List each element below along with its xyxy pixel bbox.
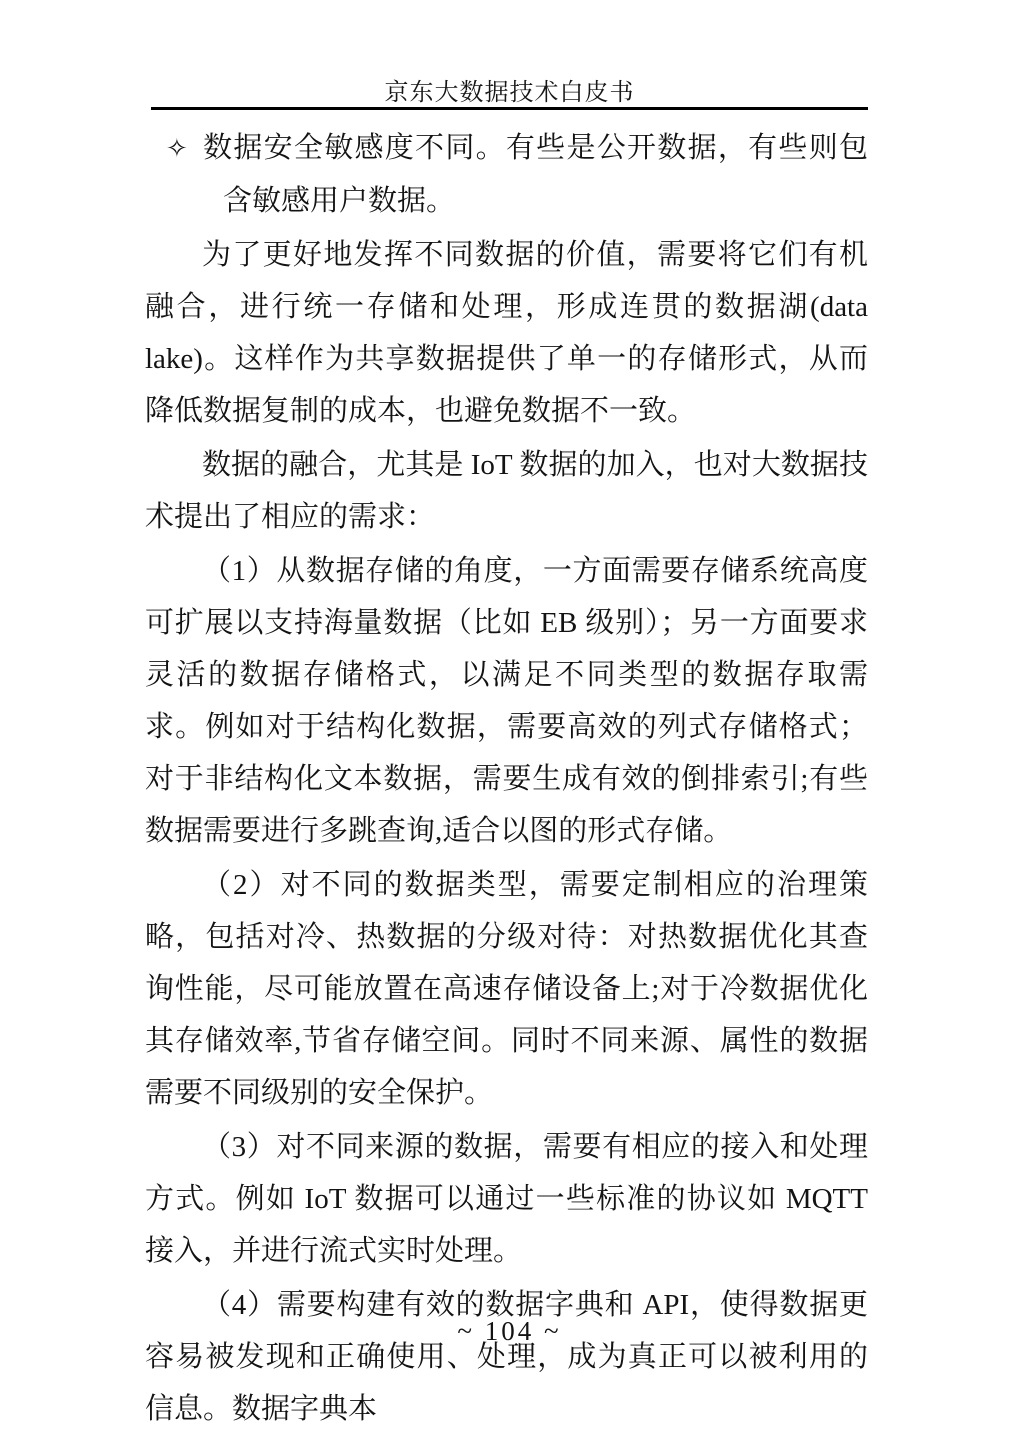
page-header: 京东大数据技术白皮书 <box>0 72 1019 107</box>
bullet-list-item: ✧数据安全敏感度不同。有些是公开数据，有些则包含敏感用户数据。 <box>145 122 868 227</box>
paragraph-data-lake: 为了更好地发挥不同数据的价值，需要将它们有机融合，进行统一存储和处理，形成连贯的… <box>145 229 868 437</box>
document-page: 京东大数据技术白皮书 ✧数据安全敏感度不同。有些是公开数据，有些则包含敏感用户数… <box>0 0 1019 1440</box>
page-footer: ~ 104 ~ <box>0 1316 1019 1347</box>
diamond-bullet-icon: ✧ <box>166 134 188 163</box>
numbered-item-2-governance: （2）对不同的数据类型，需要定制相应的治理策略，包括对冷、热数据的分级对待：对热… <box>145 859 868 1119</box>
paragraph-intro-requirements: 数据的融合，尤其是 IoT 数据的加入，也对大数据技术提出了相应的需求： <box>145 439 868 543</box>
page-number: ~ 104 ~ <box>457 1316 561 1346</box>
document-body: ✧数据安全敏感度不同。有些是公开数据，有些则包含敏感用户数据。 为了更好地发挥不… <box>145 120 868 1437</box>
numbered-item-4-data-dictionary: （4）需要构建有效的数据字典和 API，使得数据更容易被发现和正确使用、处理，成… <box>145 1279 868 1435</box>
numbered-item-3-ingestion: （3）对不同来源的数据，需要有相应的接入和处理方式。例如 IoT 数据可以通过一… <box>145 1121 868 1277</box>
page-title: 京东大数据技术白皮书 <box>385 80 635 106</box>
header-divider <box>151 107 868 110</box>
numbered-item-1-storage: （1）从数据存储的角度，一方面需要存储系统高度可扩展以支持海量数据（比如 EB … <box>145 545 868 857</box>
bullet-item-text: 数据安全敏感度不同。有些是公开数据，有些则包含敏感用户数据。 <box>202 132 868 217</box>
